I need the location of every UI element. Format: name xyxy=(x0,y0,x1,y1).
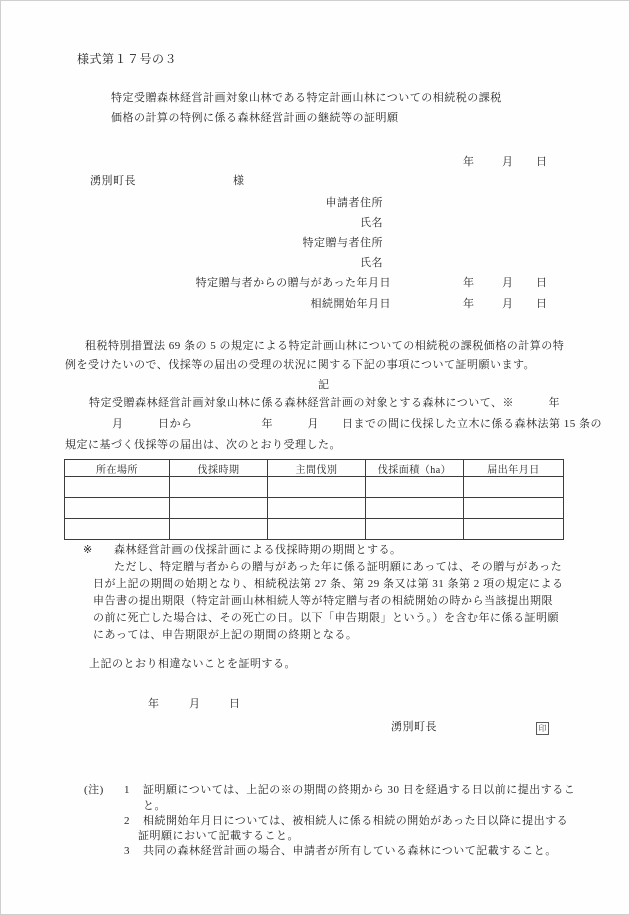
scope-paragraph-line1: 特定受贈森林経営計画対象山林に係る森林経営計画の対象とする森林について、※ 年 xyxy=(89,396,560,411)
donor-name-label: 氏名 xyxy=(360,256,383,271)
note-number: 1 xyxy=(124,783,130,798)
table-cell xyxy=(170,477,268,498)
document-title-line1: 特定受贈森林経営計画対象山林である特定計画山林についての相続税の課税 xyxy=(111,91,502,106)
gift-date-label: 特定贈与者からの贈与があった年月日 xyxy=(196,276,391,291)
asterisk-note-line: 森林経営計画の伐採計画による伐採時期の期間とする。 xyxy=(114,543,402,558)
scope-paragraph-line3: 規定に基づく伐採等の届出は、次のとおり受理した。 xyxy=(65,438,341,453)
table-row xyxy=(65,498,564,519)
top-date-day-label: 日 xyxy=(536,155,548,170)
asterisk-note-line: ただし、特定贈与者からの贈与があった年に係る証明願にあっては、その贈与があった xyxy=(114,560,562,575)
request-paragraph-line2: 例を受けたいので、伐採等の届出の受理の状況に関する下記の事項について証明願います… xyxy=(65,358,535,373)
addressee-honorific: 様 xyxy=(233,174,245,189)
applicant-address-label: 申請者住所 xyxy=(326,196,384,211)
note-line: 相続開始年月日については、被相続人に係る相続の開始があった日以降に提出する xyxy=(143,814,568,829)
certification-date-day-label: 日 xyxy=(229,697,241,712)
note-line: と。 xyxy=(143,799,166,814)
note-number: 2 xyxy=(124,814,130,829)
table-header-row: 所在場所 伐採時期 主間伐別 伐採面積（ha） 届出年月日 xyxy=(65,460,564,477)
table-cell xyxy=(464,519,564,540)
document-title-line2: 価格の計算の特例に係る森林経営計画の継続等の証明願 xyxy=(111,111,399,126)
table-cell xyxy=(268,477,366,498)
asterisk-note-line: 日が上記の期間の始期となり、相続税法第 27 条、第 29 条又は第 31 条第… xyxy=(93,577,564,592)
table-cell xyxy=(268,498,366,519)
table-header-notification-date: 届出年月日 xyxy=(464,460,564,477)
inheritance-date-day-label: 日 xyxy=(536,297,548,312)
cutting-notification-table: 所在場所 伐採時期 主間伐別 伐採面積（ha） 届出年月日 xyxy=(64,459,564,540)
document-page: 様式第１７号の３ 特定受贈森林経営計画対象山林である特定計画山林についての相続税… xyxy=(0,0,630,915)
certification-date-month-label: 月 xyxy=(189,697,201,712)
table-cell xyxy=(464,498,564,519)
scope-paragraph-line2: 月 日から 年 月 日までの間に伐採した立木に係る森林法第 15 条の xyxy=(112,417,602,432)
table-cell xyxy=(366,498,464,519)
addressee-name: 湧別町長 xyxy=(90,174,136,189)
inheritance-date-label: 相続開始年月日 xyxy=(311,297,392,312)
inheritance-date-year-label: 年 xyxy=(463,297,475,312)
table-header-cutting-period: 伐採時期 xyxy=(170,460,268,477)
note-line: 共同の森林経営計画の場合、申請者が所有している森林について記載すること。 xyxy=(143,844,557,859)
asterisk-note-line: 申告書の提出期限（特定計画山林相続人等が特定贈与者の相続開始の時から当該提出期限 xyxy=(93,594,553,609)
mayor-signature: 湧別町長 xyxy=(391,720,437,735)
inheritance-date-month-label: 月 xyxy=(502,297,514,312)
form-number: 様式第１７号の３ xyxy=(77,52,177,67)
table-cell xyxy=(268,519,366,540)
asterisk-note-line: の前に死亡した場合は、その死亡の日。以下「申告期限」という。）を含む年に係る証明… xyxy=(93,611,559,626)
note-line: 証明願については、上記の※の期間の終期から 30 日を経過する日以前に提出するこ xyxy=(143,783,575,798)
table-row xyxy=(65,519,564,540)
table-cell xyxy=(366,477,464,498)
certification-statement: 上記のとおり相違ないことを証明する。 xyxy=(89,657,296,672)
request-paragraph-line1: 租税特別措置法 69 条の 5 の規定による特定計画山林についての相続税の課税価… xyxy=(85,339,564,354)
gift-date-month-label: 月 xyxy=(502,276,514,291)
note-line: 証明願において記載すること。 xyxy=(138,829,299,844)
asterisk-note-line: にあっては、申告期限が上記の期間の終期となる。 xyxy=(93,628,357,643)
notes-label: (注) xyxy=(84,783,104,798)
seal-box: 印 xyxy=(536,722,549,735)
ki-marker: 記 xyxy=(318,378,330,393)
table-cell xyxy=(170,498,268,519)
table-cell xyxy=(65,498,170,519)
table-cell xyxy=(65,519,170,540)
applicant-name-label: 氏名 xyxy=(360,216,383,231)
table-header-cutting-area: 伐採面積（ha） xyxy=(366,460,464,477)
donor-address-label: 特定贈与者住所 xyxy=(303,236,384,251)
asterisk-marker: ※ xyxy=(83,543,93,558)
certification-date-year-label: 年 xyxy=(148,697,160,712)
gift-date-year-label: 年 xyxy=(463,276,475,291)
table-cell xyxy=(464,477,564,498)
table-cell xyxy=(366,519,464,540)
top-date-year-label: 年 xyxy=(463,155,475,170)
top-date-month-label: 月 xyxy=(502,155,514,170)
table-cell xyxy=(65,477,170,498)
gift-date-day-label: 日 xyxy=(536,276,548,291)
table-cell xyxy=(170,519,268,540)
table-row xyxy=(65,477,564,498)
note-number: 3 xyxy=(124,844,130,859)
table-header-cutting-type: 主間伐別 xyxy=(268,460,366,477)
table-header-location: 所在場所 xyxy=(65,460,170,477)
